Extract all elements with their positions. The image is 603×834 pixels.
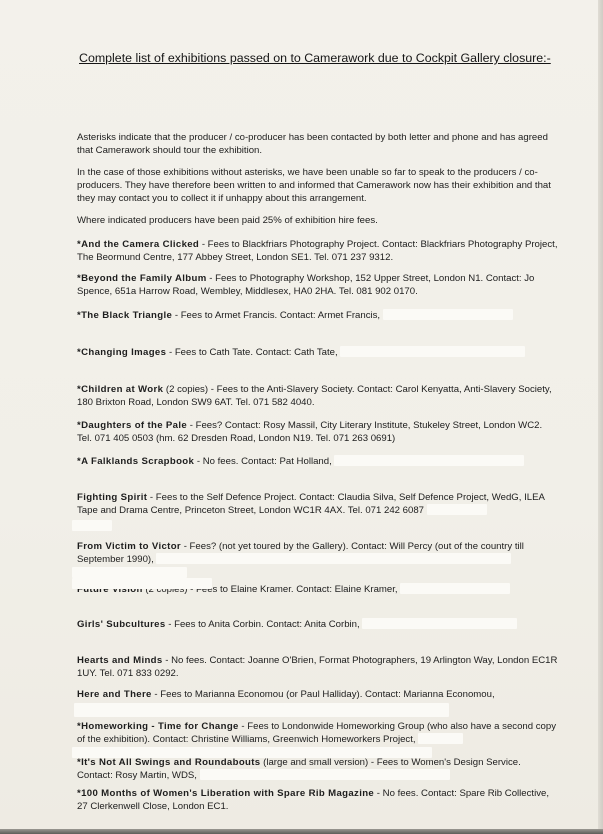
redacted-address bbox=[334, 455, 524, 466]
redacted-address bbox=[362, 618, 517, 629]
exhibition-entry: From Victim to Victor - Fees? (not yet t… bbox=[77, 540, 559, 566]
exhibition-name: Here and There bbox=[77, 689, 152, 700]
redacted-address bbox=[400, 583, 510, 594]
exhibition-note: (2 copies) bbox=[163, 384, 208, 395]
redacted-address bbox=[72, 520, 112, 531]
redacted-address bbox=[74, 703, 449, 717]
exhibition-name: From Victim to Victor bbox=[77, 541, 181, 552]
exhibition-detail: - No fees. Contact: Pat Holland, bbox=[194, 456, 332, 467]
exhibition-entry: Fighting Spirit - Fees to the Self Defen… bbox=[77, 491, 559, 517]
exhibition-name: *And the Camera Clicked bbox=[77, 239, 199, 250]
exhibition-entry: *The Black Triangle - Fees to Armet Fran… bbox=[77, 309, 559, 322]
exhibition-detail: - Fees to Armet Francis. Contact: Armet … bbox=[172, 310, 380, 321]
exhibition-entry: Hearts and Minds - No fees. Contact: Joa… bbox=[77, 654, 559, 680]
document-title: Complete list of exhibitions passed on t… bbox=[79, 51, 559, 66]
exhibition-name: Fighting Spirit bbox=[77, 492, 147, 503]
redacted-address bbox=[340, 346, 525, 357]
exhibition-name: *Beyond the Family Album bbox=[77, 273, 207, 284]
exhibition-entry: *And the Camera Clicked - Fees to Blackf… bbox=[77, 238, 559, 264]
exhibition-detail: - Fees to Cath Tate. Contact: Cath Tate, bbox=[166, 347, 337, 358]
exhibition-name: *Daughters of the Pale bbox=[77, 420, 187, 431]
exhibition-entry: Here and There - Fees to Marianna Econom… bbox=[77, 688, 559, 701]
exhibition-entry: *It's Not All Swings and Roundabouts (la… bbox=[77, 756, 559, 782]
exhibition-name: *Changing Images bbox=[77, 347, 166, 358]
exhibition-entry: *Beyond the Family Album - Fees to Photo… bbox=[77, 272, 559, 298]
exhibition-name: Hearts and Minds bbox=[77, 655, 163, 666]
exhibition-name: *It's Not All Swings and Roundabouts bbox=[77, 757, 260, 768]
redacted-address bbox=[383, 309, 513, 320]
exhibition-note: (large and small version) bbox=[260, 757, 368, 768]
exhibition-name: *100 Months of Women's Liberation with S… bbox=[77, 788, 374, 799]
document-page: Complete list of exhibitions passed on t… bbox=[0, 0, 598, 829]
exhibition-name: *Children at Work bbox=[77, 384, 163, 395]
redacted-address bbox=[200, 769, 450, 780]
exhibition-entry: *Homeworking - Time for Change - Fees to… bbox=[77, 720, 559, 746]
exhibition-entry: *Changing Images - Fees to Cath Tate. Co… bbox=[77, 346, 559, 359]
redacted-address bbox=[156, 553, 511, 564]
exhibition-entry: *100 Months of Women's Liberation with S… bbox=[77, 787, 559, 813]
exhibition-name: *Homeworking - Time for Change bbox=[77, 721, 239, 732]
exhibition-name: Girls' Subcultures bbox=[77, 619, 166, 630]
exhibition-entry: *Children at Work (2 copies) - Fees to t… bbox=[77, 383, 559, 409]
exhibition-entry: Girls' Subcultures - Fees to Anita Corbi… bbox=[77, 618, 559, 631]
exhibition-name: *A Falklands Scrapbook bbox=[77, 456, 194, 467]
exhibition-entry: *A Falklands Scrapbook - No fees. Contac… bbox=[77, 455, 559, 468]
scan-edge-right bbox=[598, 0, 603, 834]
redacted-address bbox=[427, 504, 487, 515]
exhibition-name: *The Black Triangle bbox=[77, 310, 172, 321]
intro-asterisk-note: Asterisks indicate that the producer / c… bbox=[77, 131, 557, 157]
intro-no-asterisk-note: In the case of those exhibitions without… bbox=[77, 166, 557, 205]
exhibition-detail: - Fees to Marianna Economou (or Paul Hal… bbox=[152, 689, 495, 700]
exhibition-detail: - Fees to Anita Corbin. Contact: Anita C… bbox=[166, 619, 360, 630]
exhibition-detail: - Fees to Elaine Kramer. Contact: Elaine… bbox=[187, 584, 397, 595]
exhibition-entry: *Daughters of the Pale - Fees? Contact: … bbox=[77, 419, 559, 445]
redacted-address bbox=[72, 578, 212, 589]
scan-edge-bottom bbox=[0, 829, 603, 834]
redacted-address bbox=[418, 733, 463, 744]
redacted-address bbox=[72, 567, 187, 578]
intro-fees-note: Where indicated producers have been paid… bbox=[77, 214, 557, 227]
